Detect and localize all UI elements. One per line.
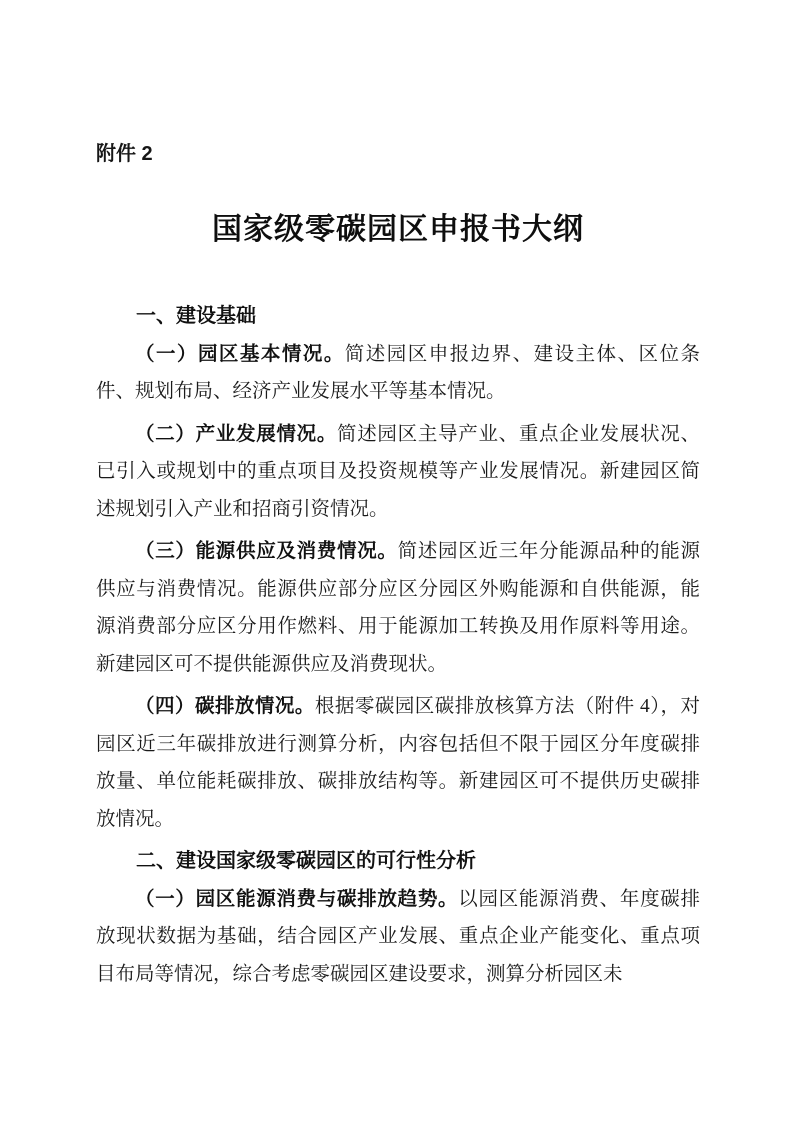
- paragraph-lead: （一）园区基本情况。: [135, 344, 345, 365]
- paragraph-energy-supply-consumption: （三）能源供应及消费情况。简述园区近三年分能源品种的能源供应与消费情况。能源供应…: [96, 533, 700, 683]
- paragraph-industry-development: （二）产业发展情况。简述园区主导产业、重点企业发展状况、已引入或规划中的重点项目…: [96, 416, 700, 529]
- document-page: 附件 2 国家级零碳园区申报书大纲 一、建设基础 （一）园区基本情况。简述园区申…: [0, 0, 794, 1123]
- paragraph-lead: （一）园区能源消费与碳排放趋势。: [135, 889, 458, 910]
- section-heading-1: 一、建设基础: [96, 298, 700, 336]
- paragraph-energy-carbon-trend: （一）园区能源消费与碳排放趋势。以园区能源消费、年度碳排放现状数据为基础，结合园…: [96, 881, 700, 994]
- section-heading-2: 二、建设国家级零碳园区的可行性分析: [96, 843, 700, 881]
- paragraph-basic-info: （一）园区基本情况。简述园区申报边界、建设主体、区位条件、规划布局、经济产业发展…: [96, 336, 700, 411]
- attachment-label: 附件 2: [96, 140, 700, 168]
- page-title: 国家级零碳园区申报书大纲: [96, 210, 700, 250]
- paragraph-lead: （二）产业发展情况。: [135, 424, 337, 445]
- paragraph-carbon-emissions: （四）碳排放情况。根据零碳园区碳排放核算方法（附件 4），对园区近三年碳排放进行…: [96, 688, 700, 838]
- paragraph-lead: （三）能源供应及消费情况。: [135, 541, 398, 562]
- page-content: 附件 2 国家级零碳园区申报书大纲 一、建设基础 （一）园区基本情况。简述园区申…: [0, 140, 794, 993]
- paragraph-lead: （四）碳排放情况。: [135, 696, 315, 717]
